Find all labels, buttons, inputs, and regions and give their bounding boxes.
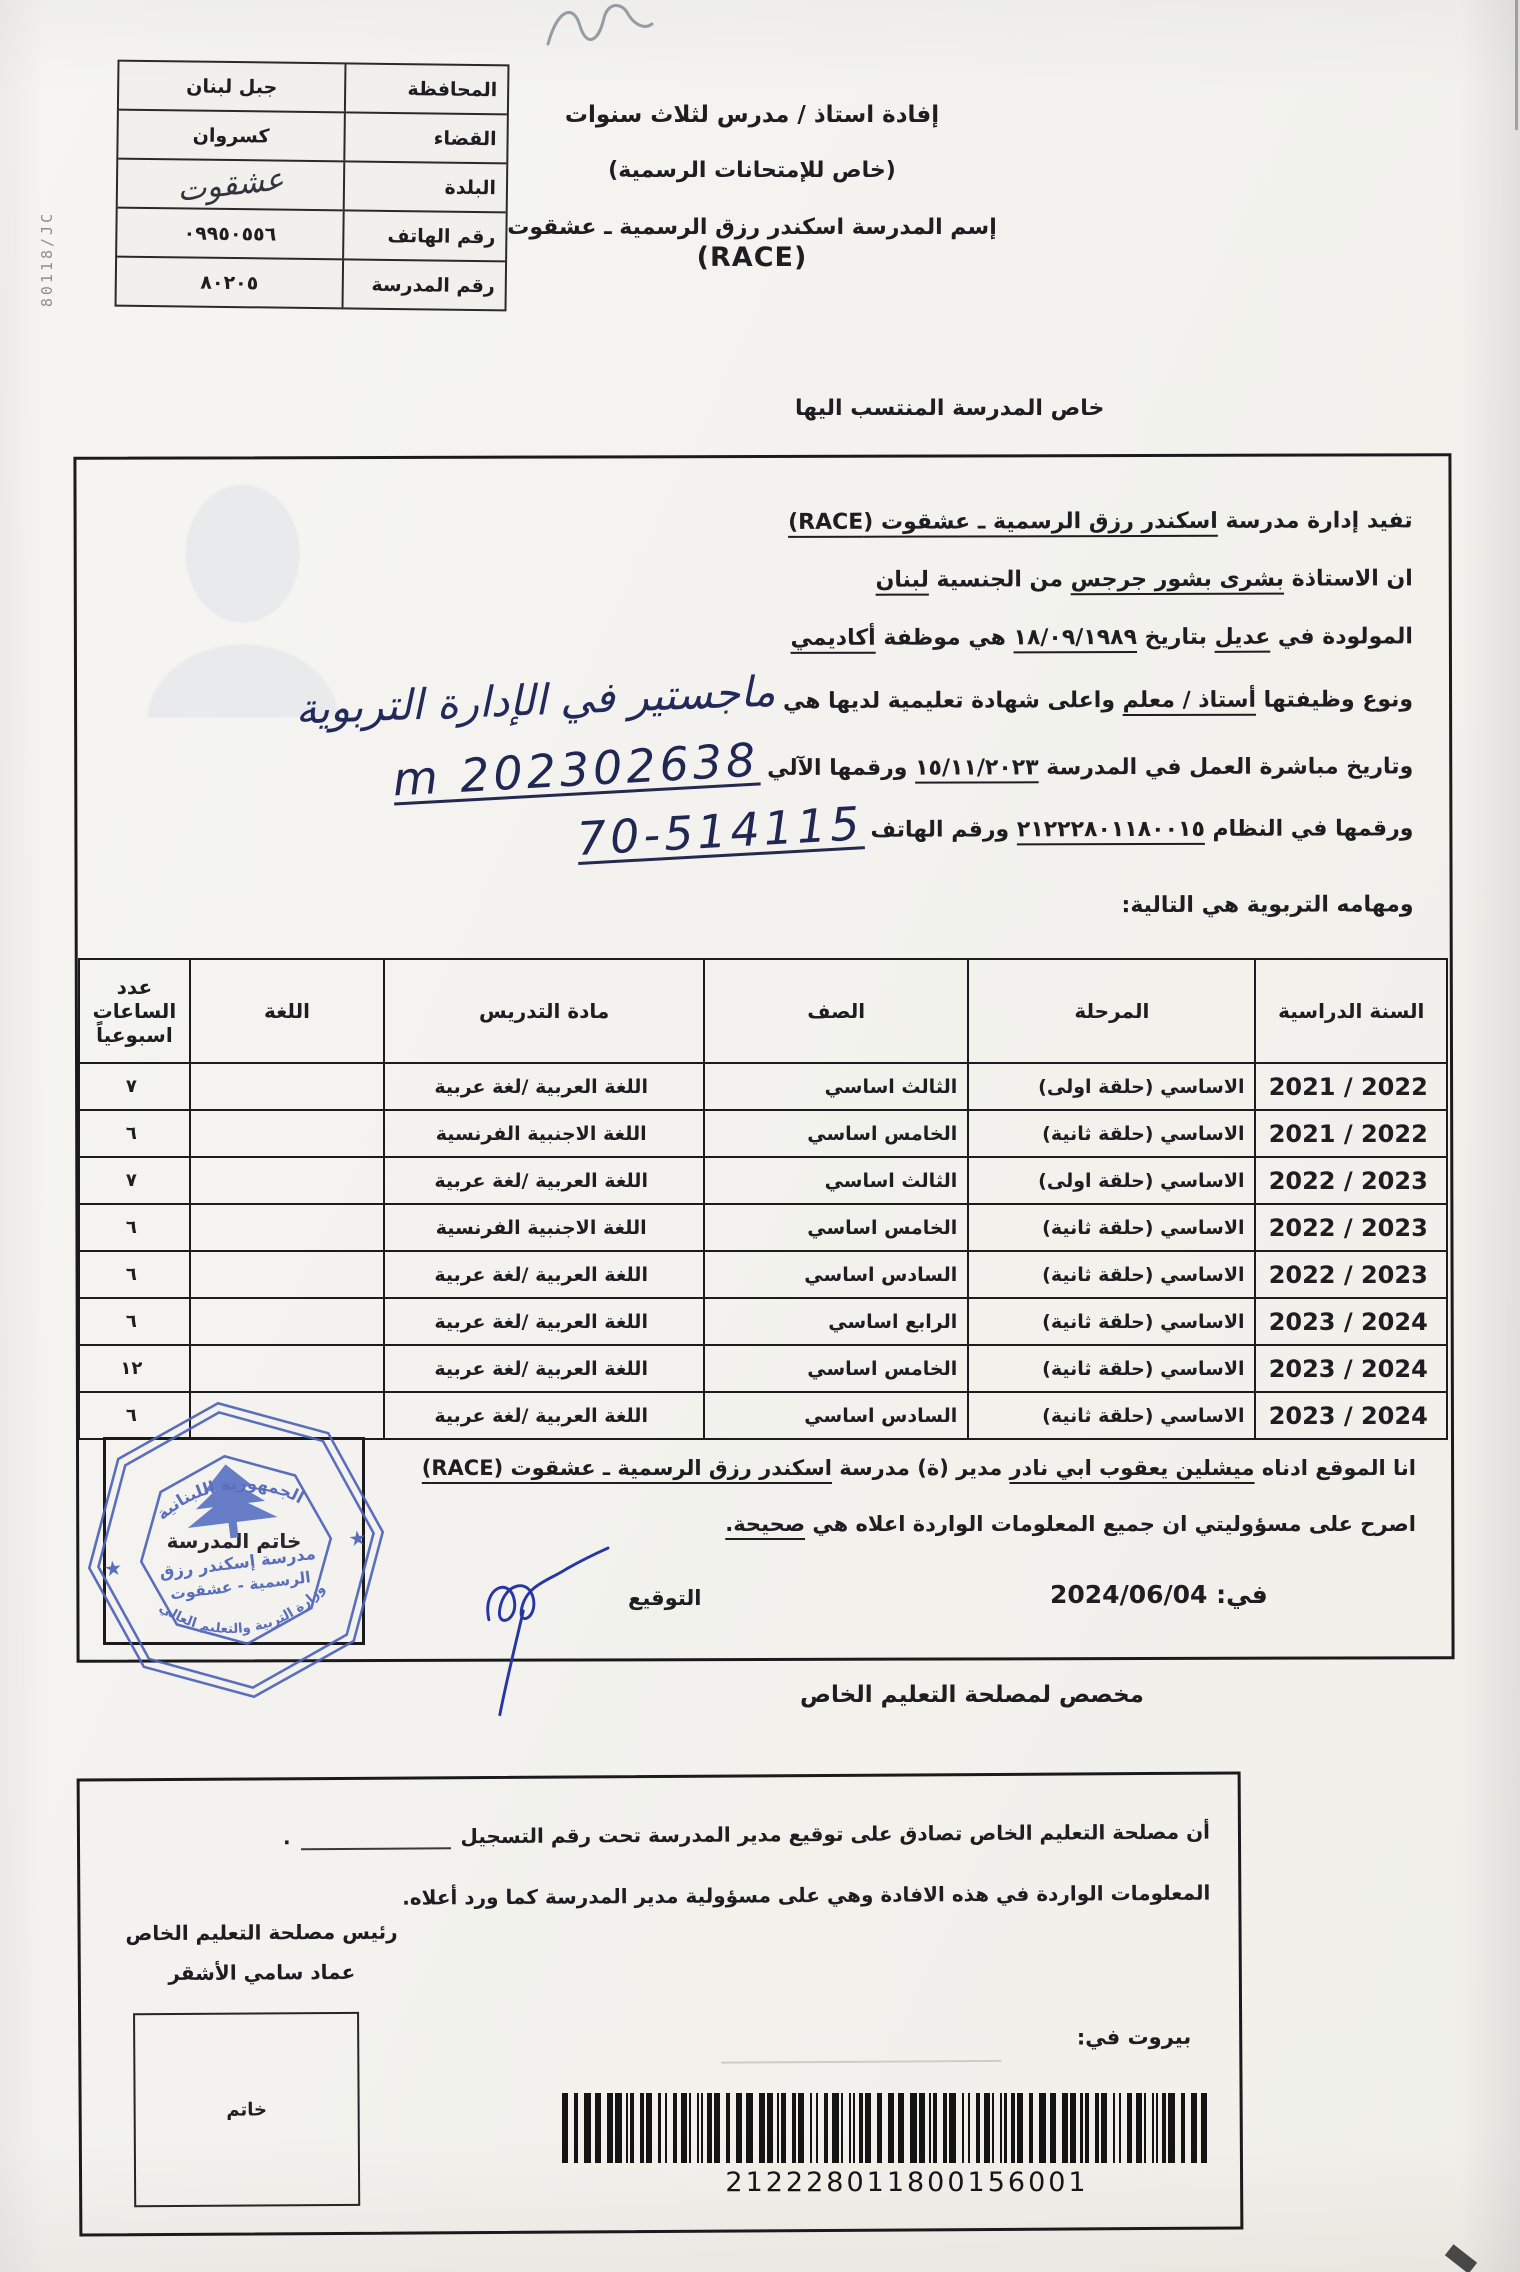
table-row: 2022 / 2023الاساسي (حلقة اولى)الثالث اسا… bbox=[79, 1157, 1447, 1204]
table-cell: الاساسي (حلقة ثانية) bbox=[968, 1345, 1255, 1392]
info-value: عشقوت bbox=[118, 165, 343, 204]
barcode-bar bbox=[777, 2093, 779, 2163]
table-cell: الخامس اساسي bbox=[704, 1204, 968, 1251]
table-cell: السادس اساسي bbox=[704, 1392, 968, 1439]
printed-text: أكاديمي bbox=[790, 626, 875, 651]
text-line: ورقمها في النظام ٢١٢٢٢٨٠١١٨٠٠١٥ ورقم اله… bbox=[137, 800, 1413, 861]
table-cell: ٦ bbox=[79, 1298, 190, 1345]
section-heading-school: خاص المدرسة المنتسب اليها bbox=[795, 396, 1295, 421]
table-cell bbox=[190, 1251, 384, 1298]
barcode-bar bbox=[607, 2093, 613, 2163]
barcode-number: 212228011800156001 bbox=[562, 2167, 1252, 2198]
text-line: وتاريخ مباشرة العمل في المدرسة ١٥/١١/٢٠٢… bbox=[137, 733, 1413, 803]
barcode-bar bbox=[1119, 2093, 1121, 2163]
table-cell: 2021 / 2022 bbox=[1255, 1063, 1447, 1110]
barcode-bar bbox=[658, 2093, 660, 2163]
barcode-bar bbox=[1201, 2093, 1207, 2163]
chief-title: رئيس مصلحة التعليم الخاص bbox=[108, 1919, 414, 1945]
barcode-bar bbox=[746, 2093, 752, 2163]
printed-text: ورقم الهاتف bbox=[863, 817, 1017, 842]
private-ed-line1-text: أن مصلحة التعليم الخاص تصادق على توقيع م… bbox=[460, 1820, 1210, 1849]
document-subtitle: (خاص للإمتحانات الرسمية) bbox=[462, 158, 1042, 183]
barcode-bar bbox=[736, 2093, 742, 2163]
title-block: إفادة استاذ / مدرس لثلاث سنوات (خاص للإم… bbox=[462, 102, 1042, 273]
barcode-bar bbox=[910, 2093, 916, 2163]
scanned-document-page: 80118/JC المحافظةجبل لبنانالقضاءكسروانال… bbox=[0, 0, 1520, 2272]
table-row: 2023 / 2024الاساسي (حلقة ثانية)الرابع اس… bbox=[79, 1298, 1447, 1345]
table-row: 2022 / 2023الاساسي (حلقة ثانية)السادس اس… bbox=[79, 1251, 1447, 1298]
printed-text: هي موظفة bbox=[876, 625, 1014, 650]
duties-table: السنة الدراسيةالمرحلةالصفمادة التدريسالل… bbox=[78, 958, 1448, 1440]
info-row: رقم الهاتف٠٩٩٥٠٥٥٦ bbox=[117, 209, 506, 263]
barcode-bar bbox=[1050, 2093, 1056, 2163]
table-cell: اللغة العربية /لغة عربية bbox=[384, 1392, 704, 1439]
section-heading-school-text: خاص المدرسة المنتسب اليها bbox=[795, 396, 1104, 421]
text-line: ونوع وظيفتها أستاذ / معلم واعلى شهادة تع… bbox=[137, 666, 1413, 736]
table-cell: الاساسي (حلقة ثانية) bbox=[968, 1110, 1255, 1157]
date-line: في: 2024/06/04 bbox=[1050, 1580, 1350, 1609]
table-row: 2021 / 2022الاساسي (حلقة اولى)الثالث اسا… bbox=[79, 1063, 1447, 1110]
printed-text: من الجنسية bbox=[929, 567, 1071, 592]
barcode-bar bbox=[646, 2093, 652, 2163]
barcode-bar bbox=[726, 2093, 730, 2163]
barcode-bar bbox=[1127, 2093, 1131, 2163]
table-cell: ١٢ bbox=[79, 1345, 190, 1392]
column-header: المرحلة bbox=[968, 959, 1255, 1063]
table-cell: 2022 / 2023 bbox=[1255, 1204, 1447, 1251]
table-row: 2021 / 2022الاساسي (حلقة ثانية)الخامس اس… bbox=[79, 1110, 1447, 1157]
pen-scribble-artifact bbox=[540, 0, 658, 52]
printed-text: واعلى شهادة تعليمية لديها هي bbox=[775, 688, 1122, 714]
table-cell: 2022 / 2023 bbox=[1255, 1251, 1447, 1298]
barcode-bar bbox=[1136, 2093, 1142, 2163]
printed-text: ان الاستاذة bbox=[1284, 566, 1413, 591]
table-cell bbox=[190, 1157, 384, 1204]
printed-text: ١٨/٠٩/١٩٨٩ bbox=[1013, 625, 1137, 650]
text-line: تفيد إدارة مدرسة اسكندر رزق الرسمية ـ عش… bbox=[137, 492, 1413, 553]
table-cell: ٦ bbox=[79, 1251, 190, 1298]
printed-text: ميشلين يعقوب ابي نادر bbox=[1010, 1456, 1255, 1480]
barcode-bar bbox=[1162, 2093, 1166, 2163]
barcode-bar bbox=[1156, 2093, 1158, 2163]
table-cell: ٧ bbox=[79, 1157, 190, 1204]
barcode-bar bbox=[824, 2093, 828, 2163]
info-row: البلدةعشقوت bbox=[118, 160, 507, 214]
printed-text: عديل bbox=[1215, 625, 1271, 650]
barcode-bar bbox=[849, 2093, 851, 2163]
barcode-bar bbox=[630, 2093, 634, 2163]
table-cell: اللغة العربية /لغة عربية bbox=[384, 1345, 704, 1392]
text-line: المولودة في عديل بتاريخ ١٨/٠٩/١٩٨٩ هي مو… bbox=[137, 608, 1413, 669]
stamp-star-left: ★ bbox=[102, 1555, 123, 1581]
table-cell: الاساسي (حلقة ثانية) bbox=[968, 1204, 1255, 1251]
printed-text: بشرى بشور جرجس bbox=[1071, 567, 1284, 593]
barcode-bar bbox=[584, 2093, 590, 2163]
barcode-bar bbox=[1062, 2093, 1068, 2163]
official-stamp: مدرسة إسكندر رزق الرسمية - عشقوت الجمهور… bbox=[64, 1378, 407, 1721]
barcode-bar bbox=[1070, 2093, 1076, 2163]
school-name-line: إسم المدرسة اسكندر رزق الرسمية ـ عشقوت bbox=[462, 215, 1042, 240]
barcode-bar bbox=[898, 2093, 904, 2163]
barcode-bar bbox=[992, 2093, 994, 2163]
info-value: كسروان bbox=[118, 123, 343, 148]
barcode-bar bbox=[832, 2093, 838, 2163]
table-cell: الاساسي (حلقة اولى) bbox=[968, 1157, 1255, 1204]
barcode-bar bbox=[1191, 2093, 1197, 2163]
barcode-bar bbox=[1152, 2093, 1154, 2163]
barcode-bar bbox=[968, 2093, 970, 2163]
table-cell: اللغة العربية /لغة عربية bbox=[384, 1251, 704, 1298]
stamp-placeholder-label: خاتم bbox=[226, 2099, 267, 2120]
info-value: ٨٠٢٠٥ bbox=[117, 270, 342, 295]
barcode-bar bbox=[681, 2093, 687, 2163]
barcode-bar bbox=[574, 2093, 578, 2163]
barcode-bar bbox=[1004, 2093, 1006, 2163]
printed-text: اسكندر رزق الرسمية ـ عشقوت (RACE) bbox=[422, 1456, 832, 1480]
private-ed-line2: المعلومات الواردة في هذه الافادة وهي على… bbox=[402, 1881, 1210, 1910]
table-cell: الرابع اساسي bbox=[704, 1298, 968, 1345]
table-cell: 2023 / 2024 bbox=[1255, 1298, 1447, 1345]
barcode-bar bbox=[562, 2093, 568, 2163]
table-cell: اللغة العربية /لغة عربية bbox=[384, 1157, 704, 1204]
printed-text: صحيحة. bbox=[725, 1512, 805, 1536]
info-value: جبل لبنان bbox=[119, 74, 344, 99]
barcode-bar bbox=[853, 2093, 855, 2163]
printed-text: اصرح على مسؤوليتي ان جميع المعلومات الوا… bbox=[805, 1512, 1416, 1536]
barcode-bar bbox=[933, 2093, 937, 2163]
printed-text: انا الموقع ادناه bbox=[1255, 1456, 1416, 1480]
printed-text: تفيد إدارة مدرسة bbox=[1218, 508, 1413, 534]
certificate-body-text: تفيد إدارة مدرسة اسكندر رزق الرسمية ـ عش… bbox=[137, 492, 1414, 861]
barcode-bar bbox=[697, 2093, 699, 2163]
stamp-placeholder-box: خاتم bbox=[133, 2012, 360, 2207]
table-cell: الاساسي (حلقة اولى) bbox=[968, 1063, 1255, 1110]
table-cell: 2021 / 2022 bbox=[1255, 1110, 1447, 1157]
barcode-bar bbox=[1080, 2093, 1082, 2163]
beirut-date-line bbox=[721, 2060, 1001, 2064]
barcode-bar bbox=[626, 2093, 628, 2163]
handwritten-text: ماجستير في الإدارة التربوية bbox=[295, 675, 776, 727]
column-header: السنة الدراسية bbox=[1255, 959, 1447, 1063]
printed-text: ورقمها في النظام bbox=[1205, 816, 1414, 842]
column-header: مادة التدريس bbox=[384, 959, 704, 1063]
barcode-bar bbox=[1095, 2093, 1099, 2163]
table-cell bbox=[190, 1063, 384, 1110]
table-cell: ٧ bbox=[79, 1063, 190, 1110]
printed-text: ٢١٢٢٢٨٠١١٨٠٠١٥ bbox=[1017, 817, 1205, 842]
barcode-bar bbox=[816, 2093, 818, 2163]
registration-number-blank bbox=[301, 1847, 451, 1850]
table-cell: الخامس اساسي bbox=[704, 1345, 968, 1392]
barcode-bar bbox=[714, 2093, 720, 2163]
barcode-bar bbox=[1168, 2093, 1174, 2163]
barcode-bar bbox=[859, 2093, 863, 2163]
school-acronym: (RACE) bbox=[462, 242, 1042, 273]
barcode-bar bbox=[984, 2093, 990, 2163]
printed-text: ١٥/١١/٢٠٢٣ bbox=[915, 755, 1039, 780]
printed-text: ونوع وظيفتها bbox=[1256, 687, 1413, 712]
barcode-bar bbox=[701, 2093, 703, 2163]
barcode-bar bbox=[949, 2093, 955, 2163]
printed-text: لبنان bbox=[876, 568, 929, 593]
barcode-bar bbox=[781, 2093, 785, 2163]
barcode-bar bbox=[1017, 2093, 1023, 2163]
table-cell: 2023 / 2024 bbox=[1255, 1392, 1447, 1439]
barcode-bar bbox=[798, 2093, 804, 2163]
handwritten-text: m 202302638 bbox=[392, 741, 761, 805]
barcode-bar bbox=[792, 2093, 796, 2163]
table-cell: اللغة العربية /لغة عربية bbox=[384, 1063, 704, 1110]
info-row: المحافظةجبل لبنان bbox=[119, 62, 508, 116]
barcode-bar bbox=[1011, 2093, 1015, 2163]
table-cell: الثالث اساسي bbox=[704, 1157, 968, 1204]
table-cell: ٦ bbox=[79, 1204, 190, 1251]
barcode-bar bbox=[976, 2093, 980, 2163]
section-heading-private-education: مخصص لمصلحة التعليم الخاص bbox=[800, 1682, 1305, 1708]
barcode-bar bbox=[1113, 2093, 1115, 2163]
barcode-bar bbox=[767, 2093, 773, 2163]
barcode: 212228011800156001 bbox=[562, 2093, 1252, 2198]
table-cell: السادس اساسي bbox=[704, 1251, 968, 1298]
barcode-bar bbox=[665, 2093, 667, 2163]
barcode-bar bbox=[810, 2093, 812, 2163]
barcode-bar bbox=[1000, 2093, 1002, 2163]
beirut-date-label: بيروت في: bbox=[1011, 2025, 1191, 2050]
barcode-bar bbox=[943, 2093, 947, 2163]
printed-text: المولودة في bbox=[1270, 624, 1413, 649]
table-cell: الاساسي (حلقة ثانية) bbox=[968, 1251, 1255, 1298]
info-row: القضاءكسروان bbox=[118, 111, 507, 165]
column-header: عدد الساعات اسبوعياً bbox=[79, 959, 190, 1063]
table-cell: الاساسي (حلقة ثانية) bbox=[968, 1392, 1255, 1439]
table-cell bbox=[190, 1204, 384, 1251]
barcode-bar bbox=[689, 2093, 691, 2163]
barcode-bar bbox=[1101, 2093, 1107, 2163]
barcode-bar bbox=[929, 2093, 931, 2163]
table-cell: الخامس اساسي bbox=[704, 1110, 968, 1157]
column-header: الصف bbox=[704, 959, 968, 1063]
table-cell: 2022 / 2023 bbox=[1255, 1157, 1447, 1204]
table-cell: 2023 / 2024 bbox=[1255, 1345, 1447, 1392]
signature-ink bbox=[436, 1532, 666, 1722]
column-header: اللغة bbox=[190, 959, 384, 1063]
table-cell: الثالث اساسي bbox=[704, 1063, 968, 1110]
private-ed-line1: أن مصلحة التعليم الخاص تصادق على توقيع م… bbox=[100, 1815, 1210, 1856]
barcode-bar bbox=[877, 2093, 881, 2163]
private-ed-line1-suffix: . bbox=[283, 1825, 291, 1849]
barcode-bar bbox=[865, 2093, 871, 2163]
barcode-bar bbox=[841, 2093, 843, 2163]
barcode-bar bbox=[888, 2093, 894, 2163]
table-row: 2023 / 2024الاساسي (حلقة ثانية)الخامس اس… bbox=[79, 1345, 1447, 1392]
handwritten-value: عشقوت bbox=[175, 161, 285, 209]
duties-intro: ومهامه التربوية هي التالية: bbox=[1121, 892, 1413, 918]
printed-text: وتاريخ مباشرة العمل في المدرسة bbox=[1039, 754, 1414, 780]
info-value: ٠٩٩٥٠٥٥٦ bbox=[117, 221, 342, 246]
barcode-bar bbox=[759, 2093, 765, 2163]
chief-block: رئيس مصلحة التعليم الخاص عماد سامي الأشق… bbox=[108, 1919, 414, 1985]
info-row: رقم المدرسة٨٠٢٠٥ bbox=[117, 258, 506, 310]
side-note: 80118/JC bbox=[38, 164, 56, 354]
table-row: 2022 / 2023الاساسي (حلقة ثانية)الخامس اس… bbox=[79, 1204, 1447, 1251]
scan-edge-artifact bbox=[1515, 0, 1518, 130]
barcode-bar bbox=[1029, 2093, 1033, 2163]
table-cell: اللغة الاجنبية الفرنسية bbox=[384, 1204, 704, 1251]
table-cell: اللغة العربية /لغة عربية bbox=[384, 1298, 704, 1345]
barcode-bar bbox=[673, 2093, 677, 2163]
stamp-star-right: ★ bbox=[347, 1525, 368, 1551]
barcode-bar bbox=[919, 2093, 925, 2163]
printed-text: مدير (ة) مدرسة bbox=[832, 1456, 1010, 1480]
barcode-bar bbox=[640, 2093, 644, 2163]
barcode-bar bbox=[1181, 2093, 1185, 2163]
chief-name: عماد سامي الأشقر bbox=[109, 1959, 415, 1985]
text-line: ان الاستاذة بشرى بشور جرجس من الجنسية لب… bbox=[137, 550, 1413, 611]
table-cell bbox=[190, 1110, 384, 1157]
printed-text: ورقمها الآلي bbox=[759, 756, 915, 781]
document-title: إفادة استاذ / مدرس لثلاث سنوات bbox=[462, 102, 1042, 128]
school-info-table: المحافظةجبل لبنانالقضاءكسروانالبلدةعشقوت… bbox=[115, 60, 510, 312]
barcode-bar bbox=[595, 2093, 601, 2163]
scan-corner-artifact bbox=[1445, 2244, 1477, 2272]
table-cell bbox=[190, 1298, 384, 1345]
printed-text: أستاذ / معلم bbox=[1123, 688, 1256, 713]
barcode-bar bbox=[707, 2093, 711, 2163]
barcode-bar bbox=[962, 2093, 964, 2163]
barcode-bar bbox=[1039, 2093, 1045, 2163]
printed-text: بتاريخ bbox=[1137, 625, 1215, 650]
barcode-bar bbox=[615, 2093, 621, 2163]
handwritten-text: 70-514115 bbox=[576, 805, 865, 864]
barcode-bars bbox=[562, 2093, 1252, 2163]
printed-text: اسكندر رزق الرسمية ـ عشقوت (RACE) bbox=[788, 509, 1218, 535]
barcode-bar bbox=[1085, 2093, 1089, 2163]
table-cell: الاساسي (حلقة ثانية) bbox=[968, 1298, 1255, 1345]
table-cell: اللغة الاجنبية الفرنسية bbox=[384, 1110, 704, 1157]
table-cell: ٦ bbox=[79, 1110, 190, 1157]
barcode-bar bbox=[1144, 2093, 1146, 2163]
